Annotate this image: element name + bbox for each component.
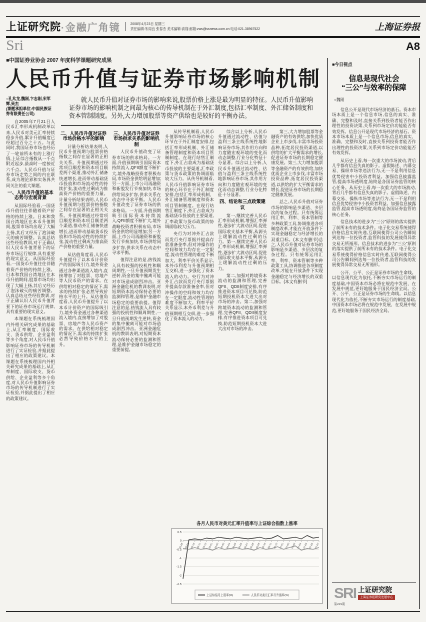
bottom-rule [6,611,420,612]
body-paragraph: 从估值角度看,人民币升值提升了以本币计价资产的国际吸引力,境外资金通过各种渠道流… [59,252,108,347]
article-column: 三、人民币升值对证券市场供求关系的影响机制人民币升值改变了证券市场的供求格局。一… [112,129,161,609]
body-paragraph: 第三,大力增加股票等金融资产的有效供给,加快优质企业上市步伐,丰富市场投资品种,… [271,129,323,198]
newspaper-page: 上证研究院 ·金融广角镜 2008年4月23日 星期三 责任编辑:朱周良 张春杰… [6,16,420,612]
column-text: 自2005年7月21日人民币汇率形成机制改革以来,人民币对美元汇率持续稳步升值,… [6,119,55,401]
body-paragraph: 央行为对冲外汇占款而发行央行票据并提高存款准备金率,但对冲操作的空间和效力均存在… [165,231,214,321]
body-paragraph: 值得注意的是,热钱流入具有较强的投机性和顺周期性,一旦升值预期发生逆转,资金的集… [112,257,161,352]
sidebar-article: ■今日视点 信息是现代社会 “三公”与效率的保障 ○魏刚 信息公开是现代市场经济… [327,58,420,609]
sidebar-body: 信息公开是现代市场经济的基石。资本市场本质上是一个信息市场,信息的真实、准确、完… [332,107,416,579]
main-article: ■中国证券业协会 2007 年度科学课题研究成果 人民币升值与证券市场影响机制 … [6,58,323,609]
body-paragraph: 自2005年7月21日人民币汇率形成机制改革以来,人民币对美元汇率持续稳步升值,… [6,119,55,188]
sri-logo-text: 上证研究院 [358,587,395,594]
body-paragraph: 第一,继续完善人民币汇率形成机制,增强汇率弹性,逐步扩大波动区间,促进国际收支基… [218,213,267,271]
article-column: 二、人民币升值对证券市场价格水平的影响计量分析结果表明,人民币升值预期与股票价格… [59,129,108,609]
masthead-editors: 责任编辑:朱周良 张春杰 美术编辑:高翔 邮箱:zws@ssnews.com.c… [130,27,369,32]
brand-subtitle: ·金融广角镜 [61,19,120,34]
lead-divider [61,125,321,126]
sidebar-title: 信息是现代社会 “三公”与效率的保障 [332,74,416,92]
body-paragraph: 总之,人民币升值对证券市场的影响是多渠道、多层次的复杂过程。只有统筹运用汇率、利… [271,199,323,284]
svg-text:-2: -2 [179,573,182,577]
sri-logo: SRI 上证研究院 上海证券报研究发展中心 第229期 [332,582,416,609]
svg-text:-1: -1 [179,556,182,560]
body-paragraph: 第二,加强对跨境资本流动的监测和管理,完善QFII、QDII制度安排,有序推进资… [218,273,267,331]
body-paragraph: 计量分析结果表明,人民币升值预期与股票价格指数之间存在显著的正相关关系。升值预期… [59,144,108,250]
body-paragraph: 公开、公平、公正是证券市场的生命线。以信息现代化为依托,不断夯实市场运行的制度基… [332,270,416,313]
article-column: ○孔兆龙,魏刚,卞志刚,宋军辉,吴杰 (课题承担单位:中国民族证券有限责任公司)… [6,96,55,609]
body-paragraph: 信息技术的进步为“三公”原则的落实提供了前所未有的技术条件。电子化交易系统使得价… [332,219,416,268]
issue-number: 第229期 [334,602,416,606]
lead-paragraph: 就人民币升值对证券市场的影响来说,股票价格上涨是最为明显的特征。人民币升值影响证… [59,96,323,122]
svg-text:-1.5: -1.5 [176,565,182,569]
paper-name: 上海证券报 [375,20,420,33]
sri-wordmark: Sri [6,39,24,54]
article-kicker: ■中国证券业协会 2007 年度科学课题研究成果 [6,58,323,65]
chart-title: 各月人民币对美元汇率升值率与上证综合指数上涨率 [171,521,323,527]
article-byline-org: (课题承担单位:中国民族证券有限责任公司) [6,106,55,116]
section-heading: 二、人民币升值对证券市场价格水平的影响 [59,131,108,142]
svg-text:0.5: 0.5 [177,530,182,534]
body-paragraph: 从国际经验看,一国货币升值往往伴随着资产价格的持续上涨。日本和我国台湾地区在本币… [6,203,55,314]
section-heading: 一、人民币升值的基本态势与宏观背景 [6,190,55,201]
chart: 各月人民币对美元汇率升值率与上证综合指数上涨率 0.50-0.5-1-1.5-2… [171,519,323,609]
article-headline: 人民币升值与证券市场影响机制 [6,67,323,92]
body-paragraph: 综合以上分析,人民币升值通过流动性、估值与盈利三条主线系统性地影响证券市场,其作… [218,129,267,198]
chart-figure: 0.50-0.5-1-1.5-2-2.505-0805-0905-1005-11… [171,528,323,604]
sri-logo-badge: 上海证券报研究发展中心 [358,595,395,600]
svg-text:-2.5: -2.5 [176,582,182,586]
svg-text:人民币对美元汇率月升值率(%): 人民币对美元汇率月升值率(%) [251,593,289,597]
body-paragraph: 本课题在系统梳理国内外相关研究成果的基础上,从汇率制度、国际收支、货币供给、企业… [6,316,55,401]
brand-title: 上证研究院 [6,19,61,34]
body-paragraph: 从传导机制看,人民币升值影响证券市场的核心环节在于外汇制度安排,包括汇率形成机制… [165,129,214,230]
masthead: 上证研究院 ·金融广角镜 2008年4月23日 星期三 责任编辑:朱周良 张春杰… [6,16,420,54]
body-paragraph: 人民币升值改变了证券市场的供求格局。一方面,升值预期吸引国际资本持续流入,QFI… [112,149,161,255]
body-paragraph: 信息公开是现代市场经济的基石。资本市场本质上是一个信息市场,信息的真实、准确、完… [332,107,416,156]
body-paragraph: 从历史上看,每一次重大的市场波动,背后几乎都有信息失真的影子。虚假陈述、内幕交易… [332,158,416,217]
page-number: A8 [406,41,420,54]
chart-canvas: 0.50-0.5-1-1.5-2-2.505-0805-0905-1005-11… [171,528,323,604]
sri-logo-wordmark: SRI [334,587,356,601]
svg-text:上证综指月上涨率(%): 上证综指月上涨率(%) [207,593,234,597]
sidebar-kicker: ■今日视点 [332,62,416,68]
section-heading: 四、结论和三点政策建议 [218,199,267,210]
masthead-meta: 2008年4月23日 星期三 责任编辑:朱周良 张春杰 美术编辑:高翔 邮箱:z… [125,22,369,31]
section-heading: 三、人民币升值对证券市场供求关系的影响机制 [112,131,161,148]
top-border [0,0,426,3]
sidebar-author: ○魏刚 [334,97,416,103]
article-byline: ○孔兆龙,魏刚,卞志刚,宋军辉,吴杰 [6,96,55,106]
